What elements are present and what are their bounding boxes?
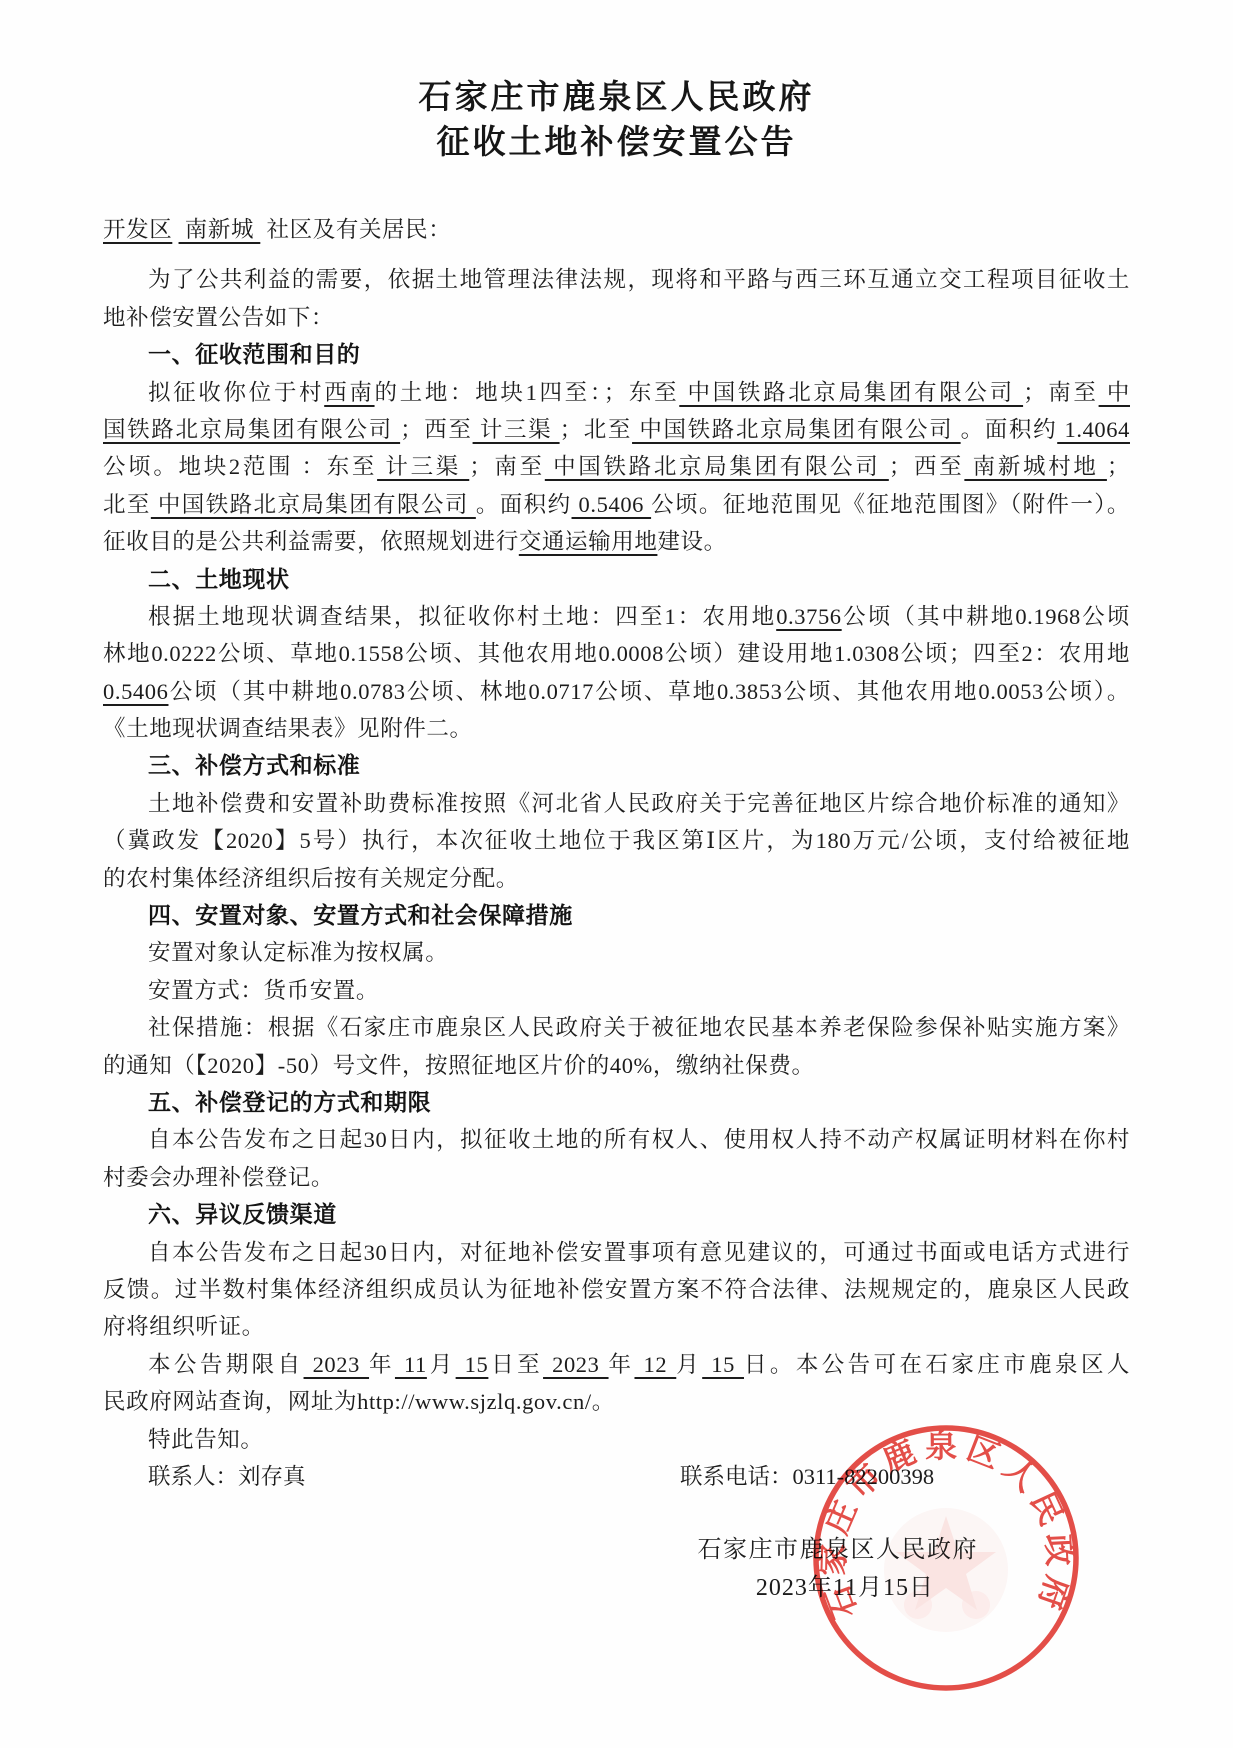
text-run: 民政府网站查询，网址为http://www.sjzlq.gov.cn/。 [103, 1389, 615, 1414]
text-line: 《土地现状调查结果表》见附件二。 [103, 710, 1130, 747]
underlined-text: 0.5406 [572, 492, 652, 517]
section-heading: 五、补偿登记的方式和期限 [103, 1084, 1130, 1121]
underlined-text: 2023 [304, 1352, 370, 1377]
text-run: 年 [369, 1352, 395, 1377]
text-run: 公顷。征地范围见《征地范围图》（附件一）。 [651, 492, 1130, 517]
text-line: 府将组织听证。 [103, 1308, 1130, 1345]
text-line: 反馈。过半数村集体经济组织成员认为征地补偿安置方案不符合法律、法规规定的，鹿泉区… [103, 1271, 1130, 1308]
text-run: 月 [676, 1352, 702, 1377]
text-run: 安置方式：货币安置。 [148, 978, 379, 1003]
title-line-announcement: 征收土地补偿安置公告 [0, 119, 1233, 164]
text-line: 自本公告发布之日起30日内，对征地补偿安置事项有意见建议的，可通过书面或电话方式… [103, 1234, 1130, 1271]
signature-date: 2023年11月15日 [103, 1569, 1130, 1607]
text-run: ；西至 [889, 454, 965, 479]
text-line: 开发区 南新城 社区及有关居民： [103, 211, 1130, 248]
underlined-text: 12 [634, 1352, 676, 1377]
underlined-text: 中 [1099, 380, 1130, 405]
text-run: 公顷（其中耕地0.1968公顷 [842, 604, 1130, 629]
section-heading: 二、土地现状 [103, 561, 1130, 598]
text-run: 林地0.0222公顷、草地0.1558公顷、其他农用地0.0008公顷）建设用地… [103, 641, 1130, 666]
underlined-text: 南新城村地 [964, 454, 1107, 479]
underlined-text: 中国铁路北京局集团有限公司 [151, 492, 476, 517]
text-line: 民政府网站查询，网址为http://www.sjzlq.gov.cn/。 [103, 1383, 1130, 1420]
text-run: 社区及有关居民： [260, 217, 451, 242]
underlined-text: 0.3756 [776, 604, 841, 629]
contact-phone: 联系电话：0311-82200398 [680, 1458, 934, 1495]
underlined-text: 15 [702, 1352, 744, 1377]
text-run: 年 [609, 1352, 635, 1377]
text-run: 月 [427, 1352, 456, 1377]
text-line: 的农村集体经济组织后按有关规定分配。 [103, 860, 1130, 897]
underlined-text: 中国铁路北京局集团有限公司 [545, 454, 889, 479]
text-run: 反馈。过半数村集体经济组织成员认为征地补偿安置方案不符合法律、法规规定的，鹿泉区… [103, 1277, 1130, 1302]
text-line: 村委会办理补偿登记。 [103, 1159, 1130, 1196]
text-run: （冀政发【2020】5号）执行，本次征收土地位于我区第Ⅰ区片，为180万元/公顷… [103, 828, 1130, 853]
text-line: 安置对象认定标准为按权属。 [103, 934, 1130, 971]
text-line: 为了公共利益的需要，依据土地管理法律法规，现将和平路与西三环互通立交工程项目征收… [103, 261, 1130, 298]
text-run: 府将组织听证。 [103, 1314, 265, 1339]
text-line: （冀政发【2020】5号）执行，本次征收土地位于我区第Ⅰ区片，为180万元/公顷… [103, 822, 1130, 859]
signature-block: 石家庄市鹿泉区人民政府 2023年11月15日 [103, 1531, 1130, 1607]
document-title: 石家庄市鹿泉区人民政府 征收土地补偿安置公告 [0, 0, 1233, 164]
text-line: 国铁路北京局集团有限公司 ；西至 计三渠 ；北至 中国铁路北京局集团有限公司 。… [103, 411, 1130, 448]
text-line: 0.5406公顷（其中耕地0.0783公顷、林地0.0717公顷、草地0.385… [103, 673, 1130, 710]
text-run: 征收目的是公共利益需要，依照规划进行 [103, 529, 519, 554]
underlined-text: 计三渠 [473, 417, 560, 442]
text-run: 。面积约 [961, 417, 1058, 442]
text-run: ；北至 [560, 417, 632, 442]
underlined-text: 计三渠 [377, 454, 469, 479]
section-heading: 三、补偿方式和标准 [103, 747, 1130, 784]
text-run: ；南至 [469, 454, 545, 479]
contact-row: 联系人：刘存真 联系电话：0311-82200398 [103, 1458, 1130, 1495]
section-heading: 一、征收范围和目的 [103, 336, 1130, 373]
underlined-text: 中国铁路北京局集团有限公司 [632, 417, 961, 442]
text-line: 本公告期限自 2023 年 11月 15日至 2023 年 12 月 15 日。… [103, 1346, 1130, 1383]
underlined-text: 开发区 [103, 217, 172, 242]
text-run: 自本公告发布之日起30日内，对征地补偿安置事项有意见建议的，可通过书面或电话方式… [148, 1240, 1130, 1265]
underlined-text: 南新城 [179, 217, 261, 242]
text-line: 根据土地现状调查结果，拟征收你村土地：四至1：农用地0.3756公顷（其中耕地0… [103, 598, 1130, 635]
body-text: 开发区 南新城 社区及有关居民：为了公共利益的需要，依据土地管理法律法规，现将和… [103, 211, 1130, 1458]
document-body: 开发区 南新城 社区及有关居民：为了公共利益的需要，依据土地管理法律法规，现将和… [103, 211, 1130, 1607]
underlined-text: 中国铁路北京局集团有限公司 [679, 380, 1023, 405]
text-run: 三、补偿方式和标准 [148, 752, 360, 778]
text-run: 日至 [488, 1352, 543, 1377]
text-run: 日。本公告可在石家庄市鹿泉区人 [744, 1352, 1130, 1377]
text-run: 一、征收范围和目的 [148, 341, 360, 367]
text-run: 拟征收你位于村 [148, 380, 324, 405]
underlined-text: 1.4064 [1057, 417, 1130, 442]
contact-person: 联系人：刘存真 [103, 1464, 306, 1489]
text-line: 北至 中国铁路北京局集团有限公司 。面积约 0.5406 公顷。征地范围见《征地… [103, 486, 1130, 523]
text-run: 地补偿安置公告如下： [103, 305, 334, 330]
text-line: 公顷。地块2范围 ：东至 计三渠 ；南至 中国铁路北京局集团有限公司 ；西至 南… [103, 448, 1130, 485]
text-run: 公顷。地块2范围 ：东至 [103, 454, 377, 479]
text-run: 六、异议反馈渠道 [148, 1201, 337, 1227]
text-run: 安置对象认定标准为按权属。 [148, 940, 448, 965]
underlined-text: 2023 [543, 1352, 609, 1377]
text-line: 土地补偿费和安置补助费标准按照《河北省人民政府关于完善征地区片综合地价标准的通知… [103, 785, 1130, 822]
announcement-document: 石家庄市鹿泉区人民政府 征收土地补偿安置公告 开发区 南新城 社区及有关居民：为… [0, 0, 1233, 1748]
text-run: 的通知（【2020】-50）号文件，按照征地区片价的40%，缴纳社保费。 [103, 1053, 815, 1078]
text-run: 建设。 [657, 529, 726, 554]
title-line-government: 石家庄市鹿泉区人民政府 [0, 74, 1233, 119]
underlined-text: 15 [456, 1352, 489, 1377]
text-run: 特此告知。 [148, 1427, 264, 1452]
text-run: 的农村集体经济组织后按有关规定分配。 [103, 866, 519, 891]
text-line: 的通知（【2020】-50）号文件，按照征地区片价的40%，缴纳社保费。 [103, 1047, 1130, 1084]
text-run: 本公告期限自 [148, 1352, 304, 1377]
text-line: 自本公告发布之日起30日内，拟征收土地的所有权人、使用权人持不动产权属证明材料在… [103, 1121, 1130, 1158]
underlined-text: 交通运输用地 [519, 529, 658, 554]
signature-org: 石家庄市鹿泉区人民政府 [103, 1531, 1130, 1569]
text-run: ；南至 [1023, 380, 1099, 405]
text-line: 征收目的是公共利益需要，依照规划进行交通运输用地建设。 [103, 523, 1130, 560]
text-run: ；西至 [400, 417, 472, 442]
text-run: 。面积约 [476, 492, 572, 517]
text-line: 拟征收你位于村西南的土地：地块1四至：；东至 中国铁路北京局集团有限公司 ；南至… [103, 374, 1130, 411]
text-line: 社保措施：根据《石家庄市鹿泉区人民政府关于被征地农民基本养老保险参保补贴实施方案… [103, 1009, 1130, 1046]
text-run: 自本公告发布之日起30日内，拟征收土地的所有权人、使用权人持不动产权属证明材料在… [148, 1127, 1130, 1152]
underlined-text: 0.5406 [103, 679, 168, 704]
section-heading: 四、安置对象、安置方式和社会保障措施 [103, 897, 1130, 934]
text-run: 公顷（其中耕地0.0783公顷、林地0.0717公顷、草地0.3853公顷、其他… [168, 679, 1130, 704]
text-run: 二、土地现状 [148, 566, 290, 592]
text-run: 四、安置对象、安置方式和社会保障措施 [148, 902, 573, 928]
underlined-text: 11 [395, 1352, 427, 1377]
text-line: 林地0.0222公顷、草地0.1558公顷、其他农用地0.0008公顷）建设用地… [103, 635, 1130, 672]
text-run: 土地补偿费和安置补助费标准按照《河北省人民政府关于完善征地区片综合地价标准的通知… [148, 791, 1130, 816]
text-run: 《土地现状调查结果表》见附件二。 [103, 716, 473, 741]
text-line: 地补偿安置公告如下： [103, 299, 1130, 336]
text-line: 特此告知。 [103, 1421, 1130, 1458]
text-run: 为了公共利益的需要，依据土地管理法律法规，现将和平路与西三环互通立交工程项目征收… [148, 267, 1130, 292]
text-line: 安置方式：货币安置。 [103, 972, 1130, 1009]
text-run: 五、补偿登记的方式和期限 [148, 1089, 431, 1115]
text-run: 村委会办理补偿登记。 [103, 1165, 334, 1190]
section-heading: 六、异议反馈渠道 [103, 1196, 1130, 1233]
underlined-text: 西南 [324, 380, 374, 405]
underlined-text: 国铁路北京局集团有限公司 [103, 417, 400, 442]
text-run: 根据土地现状调查结果，拟征收你村土地：四至1：农用地 [148, 604, 776, 629]
text-run: 北至 [103, 492, 151, 517]
text-run: 社保措施：根据《石家庄市鹿泉区人民政府关于被征地农民基本养老保险参保补贴实施方案… [148, 1015, 1130, 1040]
text-run: 的土地：地块1四至：；东至 [375, 380, 680, 405]
text-run: ； [1107, 454, 1130, 479]
